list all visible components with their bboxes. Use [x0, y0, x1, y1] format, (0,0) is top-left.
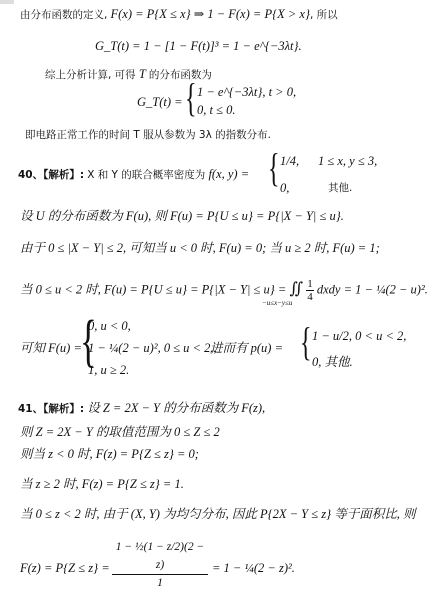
text: 由于 0 ≤ |X − Y| ≤ 2, 可知当 u < 0 时, F(u) = … [20, 241, 380, 255]
F-case-1: 0, u < 0, [88, 318, 131, 334]
formula-GT: G_T(t) = 1 − [1 − F(t)]³ = 1 − e^{−3λt}. [95, 38, 302, 54]
q41-line4: 当 z ≥ 2 时, F(z) = P{Z ≤ z} = 1. [20, 476, 184, 492]
integral-region: −u≤x−y≤u [262, 295, 292, 311]
text: 可知 F(u) = [20, 341, 82, 355]
q41-final-rhs: = 1 − ¼(2 − z)². [212, 560, 295, 576]
q41-line1: 设 Z = 2X − Y 的分布函数为 F(z), [87, 401, 265, 415]
q41-final-lhs: F(z) = P{Z ≤ z} = [20, 560, 110, 576]
q40-line4: 当 0 ≤ u < 2 时, F(u) = P{U ≤ u} = P{|X − … [20, 278, 428, 303]
q40-label: 40、【解析】: [18, 169, 84, 181]
p-intro: 进而有 p(u) = [210, 340, 283, 356]
text: dxdy = 1 − ¼(2 − u)². [317, 282, 428, 296]
q41-label: 41、【解析】: [18, 403, 84, 415]
q41-final-fraction: 1 − ½(1 − z/2)(2 − z) 1 [112, 538, 208, 591]
formula: G_T(t) = 1 − [1 − F(t)]³ = 1 − e^{−3λt}. [95, 39, 302, 53]
denominator: 1 [112, 575, 208, 591]
p-case-2: 0, 其他. [312, 354, 353, 370]
q40-line2: 设 U 的分布函数为 F(u), 则 F(u) = P{U ≤ u} = P{|… [20, 208, 344, 224]
text-line-cdf-definition: 由分布函数的定义, F(x) = P{X ≤ x} ⇒ 1 − F(x) = P… [20, 6, 338, 23]
text: 进而有 p(u) = [210, 341, 283, 355]
left-brace: { [185, 78, 197, 118]
left-brace: { [300, 322, 312, 362]
text: 综上分析计算, 可得 [45, 69, 136, 81]
case-2: 0, t ≤ 0. [197, 102, 235, 118]
q40-line5: 可知 F(u) = [20, 340, 82, 356]
q40-line3: 由于 0 ≤ |X − Y| ≤ 2, 可知当 u < 0 时, F(u) = … [20, 240, 380, 256]
text: 由分布函数的定义, [20, 9, 107, 21]
text: 的分布函数为 [149, 69, 212, 81]
p-case-1: 1 − u/2, 0 < u < 2, [312, 328, 406, 344]
variable: T [139, 67, 146, 81]
page-edge-artifact [0, 0, 14, 4]
text: 设 U 的分布函数为 F(u), 则 F(u) = P{U ≤ u} = P{|… [20, 209, 344, 223]
text: 即电路正常工作的时间 T 服从参数为 3λ 的指数分布. [25, 129, 271, 141]
formula-lhs: G_T(t) = [137, 94, 183, 110]
formula: F(x) = P{X ≤ x} ⇒ 1 − F(x) = P{X > x} [110, 7, 309, 21]
q40-lhs: f(x, y) = [208, 167, 249, 181]
text: , 所以 [310, 9, 338, 21]
numerator: 1 − ½(1 − z/2)(2 − z) [112, 538, 208, 575]
q40-intro: X 和 Y 的联合概率密度为 [87, 169, 205, 181]
q40-case2-value: 0, [280, 180, 289, 196]
q41-line2: 则 Z = 2X − Y 的取值范围为 0 ≤ Z ≤ 2 [20, 424, 220, 440]
q41-line5: 当 0 ≤ z < 2 时, 由于 (X, Y) 为均匀分布, 因此 P{2X … [20, 506, 415, 522]
q41-line3: 则当 z < 0 时, F(z) = P{Z ≤ z} = 0; [20, 446, 199, 462]
q41-header: 41、【解析】: 设 Z = 2X − Y 的分布函数为 F(z), [18, 400, 265, 417]
F-case-3: 1, u ≥ 2. [88, 362, 129, 378]
q40-header: 40、【解析】: X 和 Y 的联合概率密度为 f(x, y) = [18, 166, 249, 183]
F-case-2: 1 − ¼(2 − u)², 0 ≤ u < 2,, [88, 340, 217, 356]
text: 当 0 ≤ u < 2 时, F(u) = P{U ≤ u} = P{|X − … [20, 282, 286, 296]
text-line-conclusion: 即电路正常工作的时间 T 服从参数为 3λ 的指数分布. [25, 126, 271, 143]
q40-case1-value: 1/4, [280, 153, 299, 169]
left-brace: { [268, 148, 280, 188]
case-1: 1 − e^{−3λt}, t > 0, [197, 84, 296, 100]
q40-case1-cond: 1 ≤ x, y ≤ 3, [318, 153, 377, 169]
q40-case2-cond: 其他. [328, 180, 352, 196]
fraction-one-quarter: 14 [306, 278, 314, 303]
